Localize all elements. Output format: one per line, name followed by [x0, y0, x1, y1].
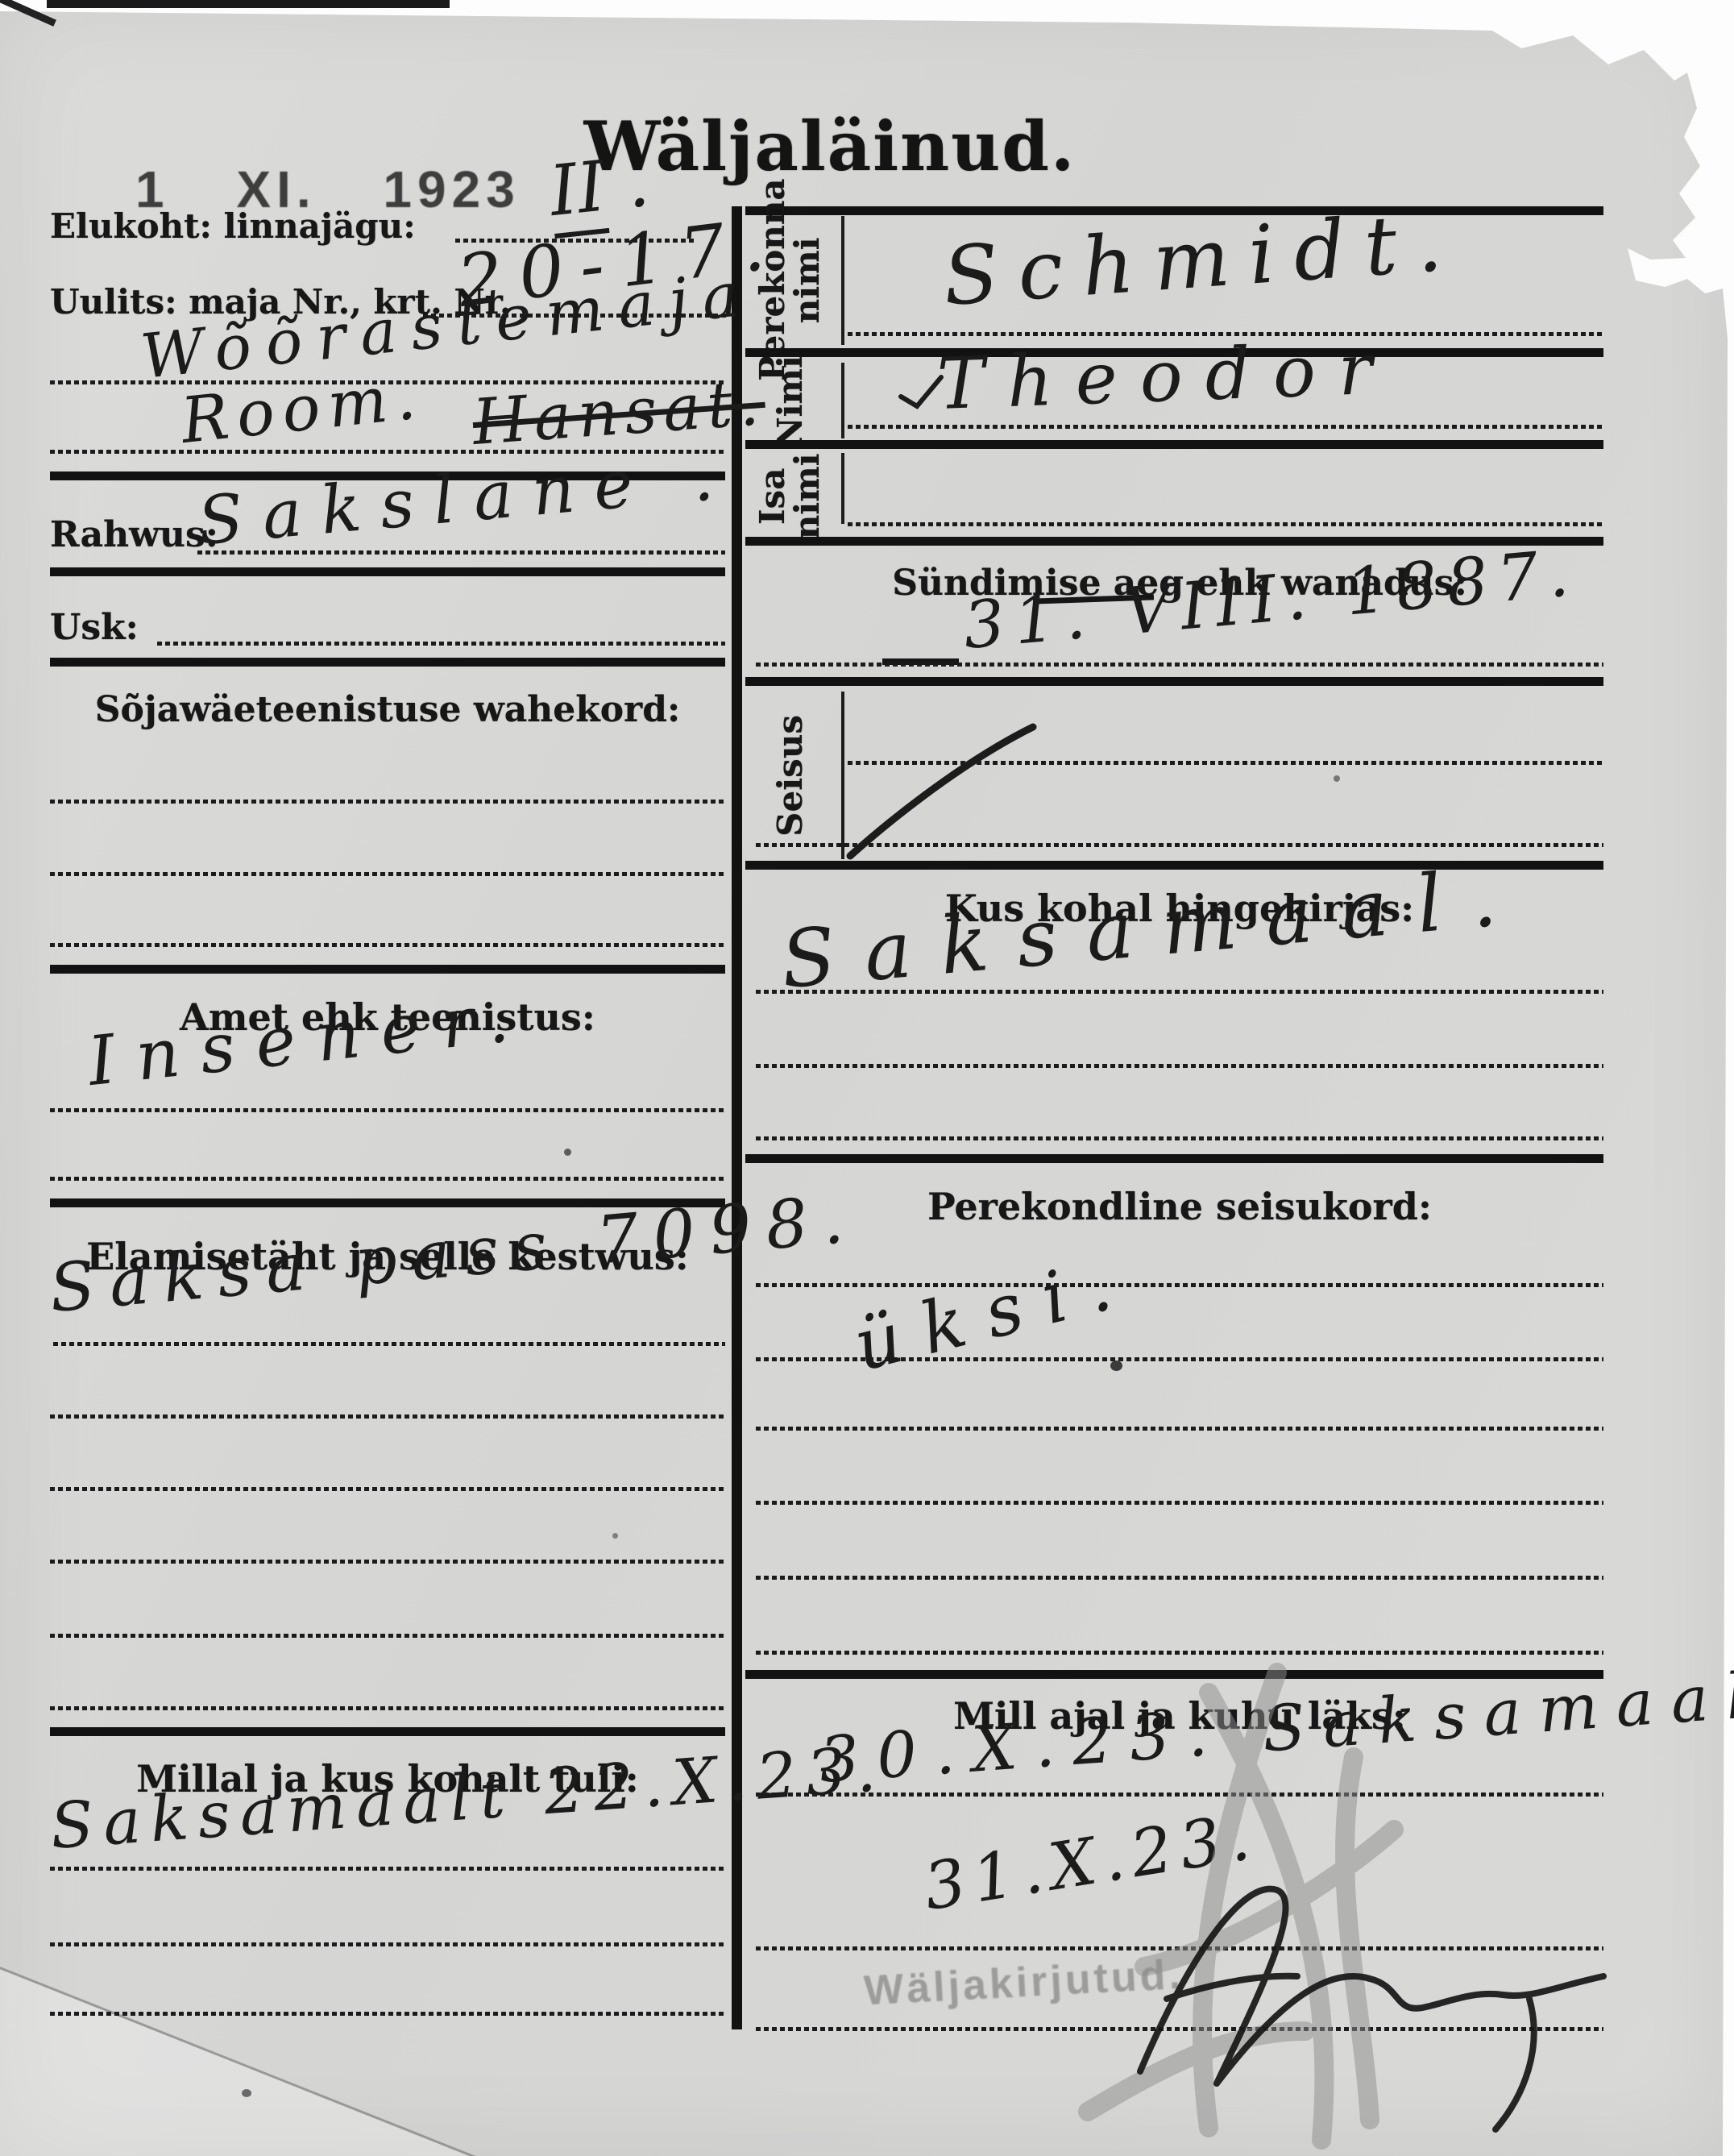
dotted-line: [50, 1560, 725, 1564]
father-name-vertical-label: Isa nimi: [743, 451, 838, 542]
family-status-label: Perekondline seisukord:: [756, 1185, 1603, 1228]
paper-speck: [242, 2089, 251, 2097]
dotted-line: [756, 2027, 1603, 2031]
dotted-line: [50, 1487, 725, 1491]
rule-heavy: [50, 658, 725, 667]
dotted-line: [756, 990, 1603, 994]
dotted-line: [50, 1414, 725, 1419]
rule-heavy: [745, 440, 1603, 449]
paper-speck: [564, 1149, 571, 1156]
dotted-line: [50, 943, 725, 947]
paper-speck: [1334, 775, 1340, 782]
district-dot: .: [600, 142, 653, 226]
dotted-line: [756, 1283, 1603, 1287]
dotted-line: [756, 1136, 1603, 1140]
dotted-line: [756, 1576, 1603, 1580]
dotted-line: [756, 1427, 1603, 1431]
dotted-line: [756, 663, 1603, 667]
religion-label: Usk:: [50, 607, 139, 648]
dotted-line: [50, 1177, 725, 1181]
dotted-line: [756, 1651, 1603, 1655]
family-name-vertical-label: Perekonna nimi: [743, 214, 838, 347]
label-separator-line: [841, 692, 844, 859]
dotted-line: [50, 1706, 725, 1710]
label-separator-line: [841, 216, 844, 345]
residence-label: Elukoht: linnajägu:: [50, 206, 416, 246]
dotted-line: [50, 2012, 725, 2016]
rule-heavy: [50, 1727, 725, 1736]
dotted-line: [756, 843, 1603, 847]
status-vertical-label: Seisus: [743, 689, 838, 862]
dotted-line: [756, 1064, 1603, 1068]
dotted-line: [157, 642, 725, 646]
scanned-document: Wäljaläinud. 1 XI. 1923 II . Elukoht: li…: [0, 0, 1734, 2156]
scan-edge: [47, 0, 450, 8]
rule-heavy: [745, 1670, 1603, 1679]
label-separator-line: [841, 453, 844, 524]
rule-heavy: [745, 677, 1603, 686]
dotted-line: [848, 761, 1603, 765]
dotted-line: [756, 1793, 1603, 1797]
dotted-line: [50, 1867, 725, 1871]
rule-heavy: [745, 1154, 1603, 1163]
paper-speck: [1110, 1360, 1122, 1371]
rule-heavy: [50, 965, 725, 974]
first-name-handwriting: Theodor: [935, 326, 1396, 426]
paper-speck: [612, 1533, 618, 1539]
dotted-line: [756, 1357, 1603, 1361]
rule-heavy: [50, 567, 725, 576]
dotted-line: [756, 1501, 1603, 1505]
dotted-line: [848, 522, 1603, 526]
label-separator-line: [841, 363, 844, 438]
dotted-line: [197, 550, 725, 555]
dotted-line: [50, 872, 725, 876]
dotted-line: [50, 1108, 725, 1112]
military-label: Sõjawäeteenistuse wahekord:: [50, 689, 725, 730]
dotted-line: [50, 800, 725, 804]
dotted-line: [50, 1634, 725, 1638]
dotted-line: [50, 1942, 725, 1946]
nationality-label: Rahwus:: [50, 514, 218, 555]
dotted-line: [53, 1342, 725, 1346]
dotted-line: [848, 425, 1603, 429]
first-name-vertical-label: Nimi: [743, 361, 838, 442]
